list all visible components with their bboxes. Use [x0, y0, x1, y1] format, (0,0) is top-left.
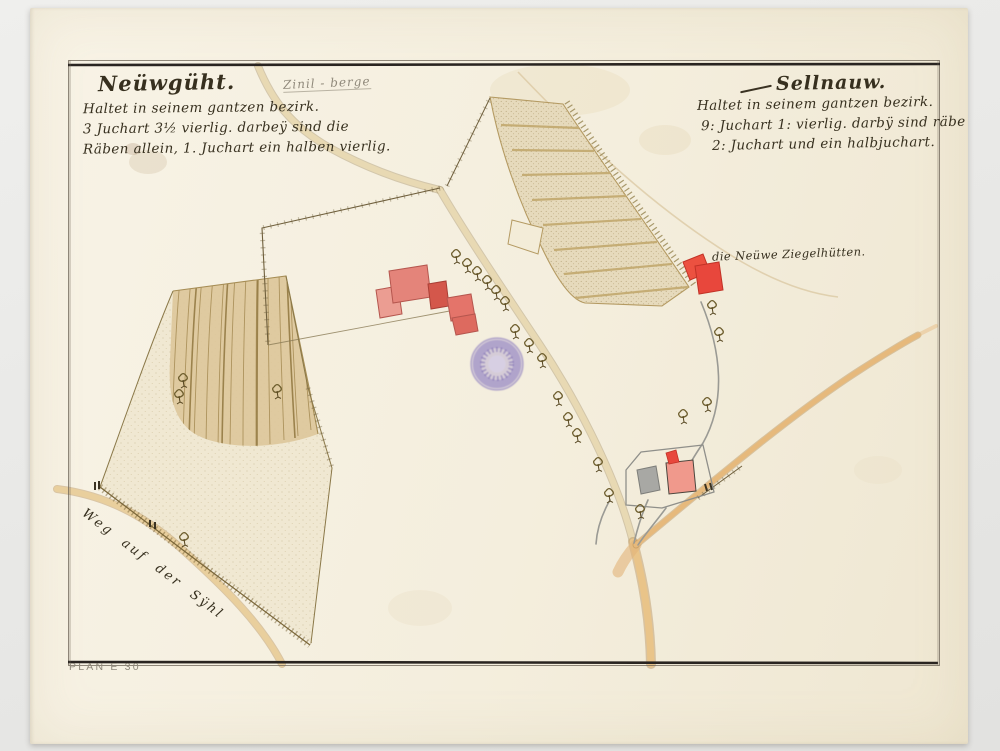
neugut-line-2: 3 Juchart 3½ vierlig. darbeÿ sind die	[83, 119, 349, 138]
vineyard-lower	[100, 272, 332, 643]
road-to-bottom	[618, 542, 651, 664]
neugut-line-1: Haltet in seinem gantzen bezirk.	[83, 99, 319, 117]
fence-right-of-road	[698, 466, 742, 498]
neugut-line-3: Räben allein, 1. Juchart ein halben vier…	[83, 138, 391, 157]
small-red-annex	[666, 450, 679, 464]
road-diagonal-right	[636, 326, 936, 545]
farm-building-middle	[428, 281, 449, 309]
lower-farm	[626, 445, 714, 508]
footpaths	[596, 302, 719, 545]
farm-building-main	[389, 265, 431, 303]
round-archive-stamp-icon	[471, 338, 523, 390]
farm-buildings	[376, 265, 478, 335]
historical-map-photo: Neüwgüht. Zinil - berge Haltet in seinem…	[0, 0, 1000, 751]
fence-vineyard-left	[447, 98, 490, 186]
farm-building-right-wing	[452, 314, 478, 335]
sellnau-title: Sellnauw.	[776, 71, 887, 95]
pink-building	[666, 460, 696, 494]
plan-number-label: PLAN E 30	[69, 661, 141, 673]
gray-building	[637, 466, 660, 494]
brickworks-building-2	[695, 262, 723, 294]
neugut-title: Neüwgüht.	[98, 69, 236, 96]
